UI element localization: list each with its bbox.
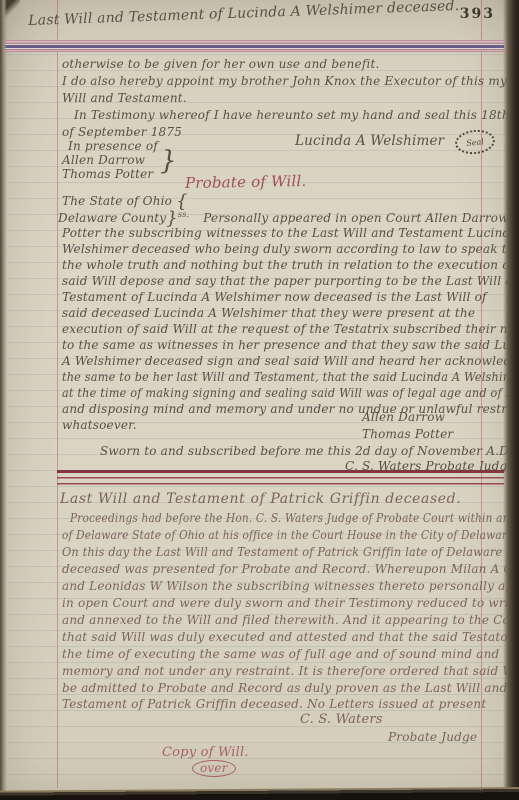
handwritten-line: that said Will was duly executed and att…	[62, 630, 519, 644]
handwritten-line: of Delaware State of Ohio at his office …	[62, 528, 519, 542]
handwritten-line: Testament of Lucinda A Welshimer now dec…	[62, 290, 487, 304]
handwritten-line: of September 1875	[62, 125, 182, 139]
griffin-heading: Last Will and Testament of Patrick Griff…	[60, 491, 461, 507]
ledger-page: 393 Last Will and Testament of Lucinda A…	[0, 0, 519, 800]
handwritten-line: said deceased Lucinda A Welshimer that t…	[62, 306, 475, 320]
seal-label: Seal	[466, 137, 484, 148]
page-header-title: Last Will and Testament of Lucinda A Wel…	[28, 0, 460, 29]
judge-signature: C. S. Waters	[300, 712, 383, 727]
sworn-statement: Sworn to and subscribed before me this 2…	[100, 444, 519, 458]
handwritten-line: said Will depose and say that the paper …	[62, 274, 519, 288]
handwritten-line: at the time of making signing and sealin…	[62, 386, 519, 400]
book-edge-right	[503, 0, 519, 790]
witness-brace: }	[160, 146, 177, 176]
witness-signature: Thomas Potter	[362, 427, 453, 441]
handwritten-line: A Welshimer deceased sign and seal said …	[62, 354, 519, 368]
handwritten-line: On this day the Last Will and Testament …	[62, 545, 519, 559]
left-margin-rule	[57, 0, 58, 788]
handwritten-line: and disposing mind and memory and under …	[62, 402, 519, 416]
handwritten-line: and Leonidas W Wilson the subscribing wi…	[62, 579, 519, 593]
book-edge-bottom	[0, 787, 519, 800]
handwritten-line: Potter the subscribing witnesses to the …	[62, 226, 519, 240]
copy-of-will-note: Copy of Will.	[162, 745, 249, 760]
handwritten-line: be admitted to Probate and Record as dul…	[62, 681, 507, 695]
probate-heading: Probate of Will.	[185, 172, 307, 192]
handwritten-line: to the same as witnesses in her presence…	[62, 338, 519, 352]
handwritten-line: the same to be her last Will and Testame…	[62, 370, 519, 384]
presence-label: In presence of	[68, 139, 158, 153]
county-label: Delaware County	[58, 211, 166, 225]
header-rule-band	[0, 40, 504, 52]
judge-title: Probate Judge	[388, 730, 477, 744]
handwritten-line: In Testimony whereof I have hereunto set…	[74, 108, 519, 122]
handwritten-line: execution of said Will at the request of…	[62, 322, 519, 336]
handwritten-line: the time of executing the same was of fu…	[62, 647, 499, 661]
page-number: 393	[460, 6, 495, 22]
witness-signature: Allen Darrow	[362, 410, 445, 424]
section-separator-rule	[57, 470, 504, 487]
handwritten-line: I do also hereby appoint my brother John…	[62, 74, 519, 88]
book-edge-left	[0, 0, 7, 800]
handwritten-line: otherwise to be given for her own use an…	[62, 57, 380, 71]
testatrix-signature: Lucinda A Welshimer	[295, 133, 444, 149]
witness-name: Thomas Potter	[62, 167, 153, 181]
over-note: over	[192, 761, 236, 775]
ss-abbrev: ss.	[178, 210, 189, 219]
handwritten-line: Will and Testament.	[62, 91, 187, 105]
seal-stamp: Seal	[454, 128, 496, 156]
witness-name: Allen Darrow	[62, 153, 145, 167]
state-label: The State of Ohio	[62, 194, 172, 208]
handwritten-line: whatsoever.	[62, 418, 137, 432]
handwritten-line: Testament of Patrick Griffin deceased. N…	[62, 697, 486, 711]
handwritten-line: in open Court and were duly sworn and th…	[62, 596, 519, 610]
handwritten-line: deceased was presented for Probate and R…	[62, 562, 519, 576]
handwritten-line: Personally appeared in open Court Allen …	[203, 211, 519, 225]
handwritten-line: and annexed to the Will and filed therew…	[62, 613, 519, 627]
over-note-circle: over	[192, 760, 236, 777]
handwritten-line: Proceedings had before the Hon. C. S. Wa…	[70, 511, 519, 525]
handwritten-line: the whole truth and nothing but the trut…	[62, 258, 514, 272]
handwritten-line: Welshimer deceased who being duly sworn …	[62, 242, 519, 256]
handwritten-line: memory and not under any restraint. It i…	[62, 664, 519, 678]
